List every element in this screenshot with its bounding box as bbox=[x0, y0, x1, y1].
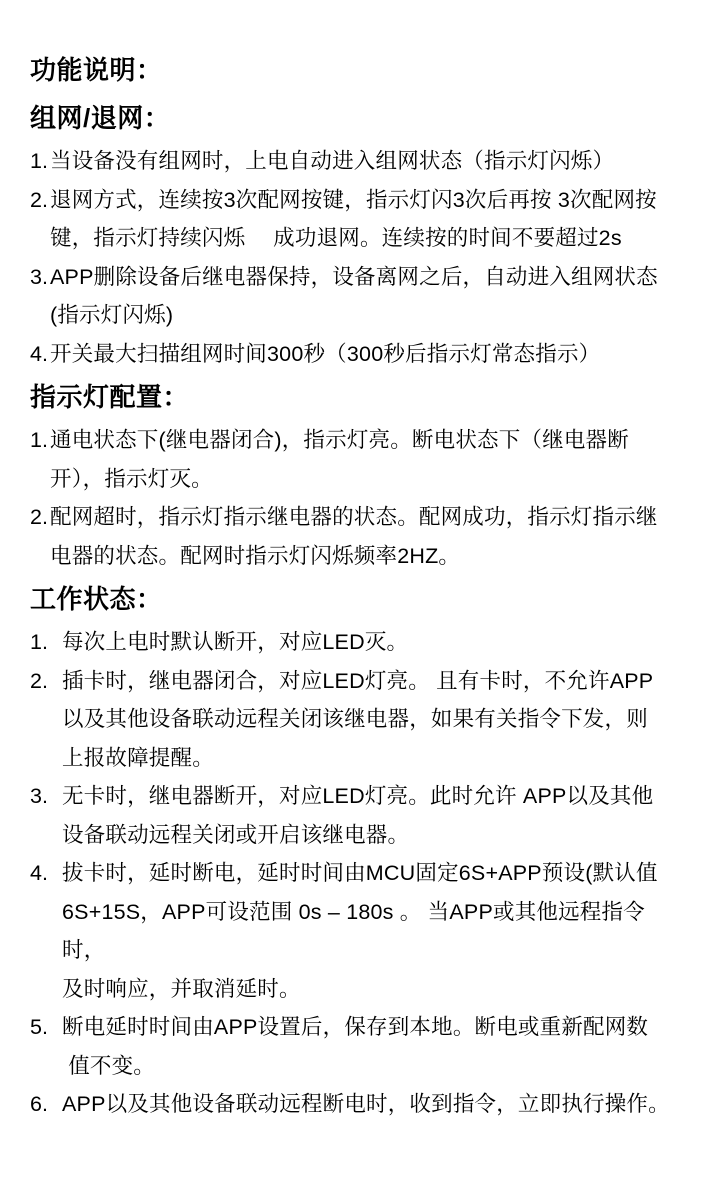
item-number: 6. bbox=[30, 1085, 48, 1124]
numbered-list: 1.当设备没有组网时，上电自动进入组网状态（指示灯闪烁）2.退网方式，连续按3次… bbox=[30, 142, 685, 373]
list-item: 4.开关最大扫描组网时间300秒（300秒后指示灯常态指示） bbox=[30, 335, 685, 374]
list-item: 2.退网方式，连续按3次配网按键，指示灯闪3次后再按 3次配网按键，指示灯持续闪… bbox=[30, 181, 685, 258]
text-line: 开），指示灯灭。 bbox=[50, 460, 685, 499]
list-item: 4.拔卡时，延时断电，延时时间由MCU固定6S+APP预设(默认值6S+15S，… bbox=[30, 854, 685, 1008]
list-item: 3.APP删除设备后继电器保持，设备离网之后，自动进入组网状态(指示灯闪烁) bbox=[30, 258, 685, 335]
text-line: 电器的状态。配网时指示灯闪烁频率2HZ。 bbox=[50, 537, 685, 576]
text-line: 配网超时，指示灯指示继电器的状态。配网成功，指示灯指示继 bbox=[50, 498, 685, 537]
text-line: 当设备没有组网时，上电自动进入组网状态（指示灯闪烁） bbox=[50, 142, 685, 181]
text-line: 及时响应，并取消延时。 bbox=[62, 970, 685, 1009]
item-number: 2. bbox=[30, 498, 48, 537]
text-line: 键，指示灯持续闪烁 成功退网。连续按的时间不要超过2s bbox=[50, 219, 685, 258]
list-item: 1.当设备没有组网时，上电自动进入组网状态（指示灯闪烁） bbox=[30, 142, 685, 181]
item-number: 2. bbox=[30, 662, 48, 701]
item-number: 1. bbox=[30, 142, 48, 181]
text-line: 退网方式，连续按3次配网按键，指示灯闪3次后再按 3次配网按 bbox=[50, 181, 685, 220]
text-line: 以及其他设备联动远程关闭该继电器，如果有关指令下发，则 bbox=[62, 700, 685, 739]
text-line: 开关最大扫描组网时间300秒（300秒后指示灯常态指示） bbox=[50, 335, 685, 374]
item-number: 4. bbox=[30, 335, 48, 374]
document-body: 组网/退网：1.当设备没有组网时，上电自动进入组网状态（指示灯闪烁）2.退网方式… bbox=[30, 94, 685, 1124]
text-line: 断电延时时间由APP设置后，保存到本地。断电或重新配网数 bbox=[62, 1008, 685, 1047]
text-line: 6S+15S，APP可设范围 0s – 180s 。 当APP或其他远程指令时， bbox=[62, 893, 685, 970]
text-line: APP删除设备后继电器保持，设备离网之后，自动进入组网状态 bbox=[50, 258, 685, 297]
text-line: 无卡时，继电器断开，对应LED灯亮。此时允许 APP以及其他 bbox=[62, 777, 685, 816]
text-line: 插卡时，继电器闭合，对应LED灯亮。 且有卡时，不允许APP bbox=[62, 662, 685, 701]
list-item: 3.无卡时，继电器断开，对应LED灯亮。此时允许 APP以及其他设备联动远程关闭… bbox=[30, 777, 685, 854]
list-item: 1.每次上电时默认断开，对应LED灭。 bbox=[30, 623, 685, 662]
item-number: 3. bbox=[30, 258, 48, 297]
text-line: 拔卡时，延时断电，延时时间由MCU固定6S+APP预设(默认值 bbox=[62, 854, 685, 893]
document-title: 功能说明： bbox=[30, 46, 685, 94]
text-line: 值不变。 bbox=[62, 1047, 685, 1086]
list-item: 1.通电状态下(继电器闭合)，指示灯亮。断电状态下（继电器断开），指示灯灭。 bbox=[30, 421, 685, 498]
section-heading: 组网/退网： bbox=[30, 94, 685, 142]
item-number: 1. bbox=[30, 623, 48, 662]
text-line: 上报故障提醒。 bbox=[62, 739, 685, 778]
text-line: 通电状态下(继电器闭合)，指示灯亮。断电状态下（继电器断 bbox=[50, 421, 685, 460]
list-item: 5.断电延时时间由APP设置后，保存到本地。断电或重新配网数 值不变。 bbox=[30, 1008, 685, 1085]
text-line: 设备联动远程关闭或开启该继电器。 bbox=[62, 816, 685, 855]
page: { "page": { "background_color": "#ffffff… bbox=[0, 0, 709, 1181]
numbered-list: 1.通电状态下(继电器闭合)，指示灯亮。断电状态下（继电器断开），指示灯灭。2.… bbox=[30, 421, 685, 575]
numbered-list: 1.每次上电时默认断开，对应LED灭。2.插卡时，继电器闭合，对应LED灯亮。 … bbox=[30, 623, 685, 1124]
list-item: 2.插卡时，继电器闭合，对应LED灯亮。 且有卡时，不允许APP以及其他设备联动… bbox=[30, 662, 685, 778]
item-number: 3. bbox=[30, 777, 48, 816]
text-line: APP以及其他设备联动远程断电时，收到指令，立即执行操作。 bbox=[62, 1085, 685, 1124]
section-heading: 指示灯配置： bbox=[30, 373, 685, 421]
item-number: 4. bbox=[30, 854, 48, 893]
function-description-document: 功能说明： 组网/退网：1.当设备没有组网时，上电自动进入组网状态（指示灯闪烁）… bbox=[30, 46, 685, 1124]
list-item: 2.配网超时，指示灯指示继电器的状态。配网成功，指示灯指示继电器的状态。配网时指… bbox=[30, 498, 685, 575]
text-line: (指示灯闪烁) bbox=[50, 296, 685, 335]
item-number: 2. bbox=[30, 181, 48, 220]
section-heading: 工作状态： bbox=[30, 575, 685, 623]
item-number: 5. bbox=[30, 1008, 48, 1047]
text-line: 每次上电时默认断开，对应LED灭。 bbox=[62, 623, 685, 662]
item-number: 1. bbox=[30, 421, 48, 460]
list-item: 6.APP以及其他设备联动远程断电时，收到指令，立即执行操作。 bbox=[30, 1085, 685, 1124]
